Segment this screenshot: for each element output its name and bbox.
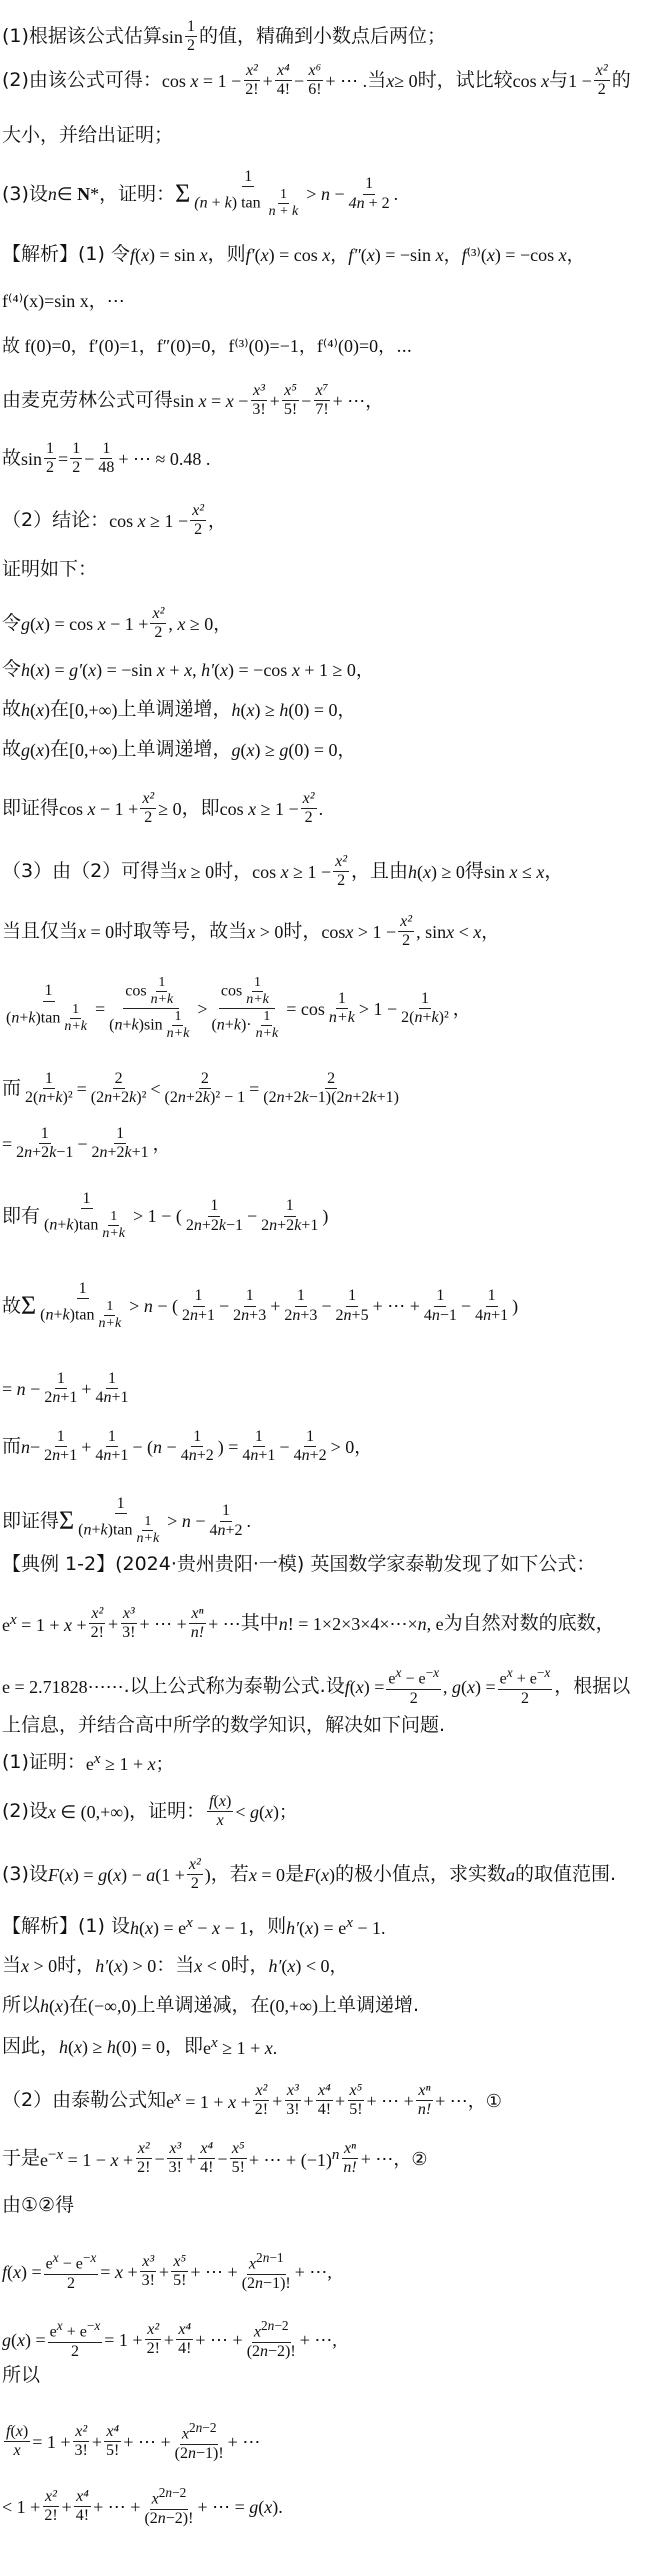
solution2-line12: < 1 + x²2!+ x⁴4!+ ⋯ + x2n−2(2n−2)!+ ⋯ = … bbox=[2, 2485, 283, 2528]
solution1-line9: 令h(x) = g′(x) = −sin x + x, h′(x) = −cos… bbox=[2, 660, 374, 679]
solution2-line11: f(x)x= 1 + x²3!+ x⁴5!+ ⋯ + x2n−2(2n−1)!+… bbox=[2, 2420, 260, 2463]
solution1-line3-text: 故 f(0)=0，f′(0)=1，f″(0)=0，f⁽³⁾(0)=−1，f⁽⁴⁾… bbox=[2, 337, 412, 355]
solution1-line1: 【解析】(1) 令f(x) = sin x，则 f′(x) = cos x，f″… bbox=[2, 245, 585, 264]
solution1-line17: = 12n+2k−1− 12n+2k+1， = 1/(2n+2k−1) − 1/… bbox=[2, 1125, 171, 1163]
solution1-line2-text: f⁽⁴⁾(x)=sin x，⋯ bbox=[2, 292, 125, 310]
problem2-header-text: 【典例 1-2】(2024·贵州贵阳·一模) 英国数学家泰勒发现了如下公式： bbox=[2, 1555, 595, 1574]
solution2-line10: 所以 bbox=[2, 2366, 40, 2385]
solution1-line2: f⁽⁴⁾(x)=sin x，⋯ bbox=[2, 292, 125, 310]
solution1-line18: 即有 1(n+k)tan1n+k> 1 − ( 12n+2k−1− 12n+2k… bbox=[2, 1190, 328, 1243]
problem1-q2-line2-text: 大小，并给出证明； bbox=[2, 126, 173, 145]
problem1-q2-line1: (2)由该公式可得：cos x = 1 − x²2!+ x⁴4!− x⁶6!+ … bbox=[2, 62, 631, 100]
solution1-line19: 故Σ 1(n+k)tan1n+k> n − ( 12n+1− 12n+3+ 12… bbox=[2, 1280, 518, 1333]
problem2-header: 【典例 1-2】(2024·贵州贵阳·一模) 英国数学家泰勒发现了如下公式： bbox=[2, 1555, 595, 1574]
solution2-line4: 因此，h(x) ≥ h(0) = 0，即ex ≥ 1 + x. 因此，h(x) … bbox=[2, 2036, 277, 2057]
problem2-q3: (3)设F(x) = g(x) − a(1 + x²2)，若x = 0是F(x)… bbox=[2, 1856, 616, 1894]
problem1-q3: (3)设n∈ N*，证明： Σ 1(n + k) tan 1n + k > n … bbox=[2, 168, 398, 221]
solution1-line20: = n − 12n+1+ 14n+1 = n − 1/(2n+1) + 1/(4… bbox=[2, 1370, 133, 1408]
solution1-line10: 故h(x)在[0,+∞)上单调递增，h(x) ≥ h(0) = 0， 故 h(x… bbox=[2, 700, 356, 719]
solution2-line3: 所以h(x)在(−∞,0)上单调递减，在(0,+∞)上单调递增. 所以 h(x)… bbox=[2, 1996, 419, 2015]
solution1-line15: 1(n+k)tan1n+k= cos1n+k(n+k)sin1n+k> cos1… bbox=[2, 975, 471, 1042]
solution2-line7: 由①②得 bbox=[2, 2196, 74, 2215]
problem1-q1: (1)根据该公式估算sin 12 的值，精确到小数点后两位； (1)根据该公式估… bbox=[2, 18, 446, 56]
solution2-line10-text: 所以 bbox=[2, 2366, 40, 2385]
problem2-line3-text: 上信息，并结合高中所学的数学知识，解决如下问题. bbox=[2, 1716, 445, 1735]
solution2-line1: 【解析】(1) 设h(x) = ex − x − 1，则h′(x) = ex −… bbox=[2, 1916, 386, 1937]
solution2-line6: 于是e−x = 1 − x + x²2!− x³3!+ x⁴4!− x⁵5!+ … bbox=[2, 2140, 427, 2178]
solution1-line3: 故 f(0)=0，f′(0)=1，f″(0)=0，f⁽³⁾(0)=−1，f⁽⁴⁾… bbox=[2, 337, 412, 355]
solution1-line7: 证明如下： bbox=[2, 560, 97, 579]
problem2-q2: (2)设x ∈ (0,+∞)，证明： f(x)x< g(x)； (2)设 x ∈… bbox=[2, 1793, 297, 1831]
solution2-line2: 当x > 0时，h′(x) > 0：当x < 0时，h′(x) < 0， 当 x… bbox=[2, 1956, 348, 1975]
solution1-line22: 即证得Σ 1(n+k)tan1n+k> n − 14n+2. 即证得 Σ(k=1… bbox=[2, 1495, 251, 1548]
solution2-line8: f(x) = ex − e−x2= x + x³3!+ x⁵5!+ ⋯ + x2… bbox=[2, 2250, 332, 2293]
solution1-line11: 故g(x)在[0,+∞)上单调递增，g(x) ≥ g(0) = 0， 故 g(x… bbox=[2, 740, 356, 759]
solution1-line21: 而n− 12n+1+ 14n+1− (n − 14n+2) = 14n+1− 1… bbox=[2, 1428, 372, 1466]
solution1-line12: 即证得cos x − 1 + x²2≥ 0，即cos x ≥ 1 − x²2. … bbox=[2, 790, 323, 828]
solution1-line16: 而 12(n+k)²= 2(2n+2k)²< 2(2n+2k)² − 1= 2(… bbox=[2, 1070, 403, 1108]
solution1-line4: 由麦克劳林公式可得sin x = x − x³3!+ x⁵5!− x⁷7!+ ⋯… bbox=[2, 382, 383, 420]
solution1-line8: 令g(x) = cos x − 1 + x²2, x ≥ 0， 令 g(x) =… bbox=[2, 605, 231, 643]
solution1-line6: （2）结论：cos x ≥ 1 − x²2， （2）结论：cos x ≥ 1 −… bbox=[2, 502, 226, 540]
solution2-line5: （2）由泰勒公式知ex = 1 + x + x²2!+ x³3!+ x⁴4!+ … bbox=[2, 2082, 502, 2120]
solution2-line9: g(x) = ex + e−x2= 1 + x²2!+ x⁴4!+ ⋯ + x2… bbox=[2, 2318, 337, 2361]
problem2-line2: e = 2.71828⋯⋯.以上公式称为泰勒公式.设f(x) = ex − e−… bbox=[2, 1665, 630, 1708]
problem2-line1: ex = 1 + x + x²2!+ x³3!+ ⋯ + xⁿn!+ ⋯ 其中n… bbox=[2, 1605, 615, 1643]
solution2-line7-text: 由①②得 bbox=[2, 2196, 74, 2215]
solution1-line7-text: 证明如下： bbox=[2, 560, 97, 579]
problem2-q1: (1)证明：ex ≥ 1 + x； (1)证明：eˣ ≥ 1 + x； bbox=[2, 1752, 174, 1773]
solution1-line14: 当且仅当x = 0时取等号，故当x > 0时，cosx > 1 − x²2, s… bbox=[2, 913, 499, 951]
problem2-line3: 上信息，并结合高中所学的数学知识，解决如下问题. bbox=[2, 1716, 445, 1735]
solution1-line13: （3）由（2）可得当x ≥ 0时，cos x ≥ 1 − x²2，且由h(x) … bbox=[2, 853, 563, 891]
solution1-line5: 故sin12= 12− 148+ ⋯ ≈ 0.48 . 故 sin(1/2) =… bbox=[2, 440, 210, 478]
problem1-q2-line2: 大小，并给出证明； bbox=[2, 126, 173, 145]
